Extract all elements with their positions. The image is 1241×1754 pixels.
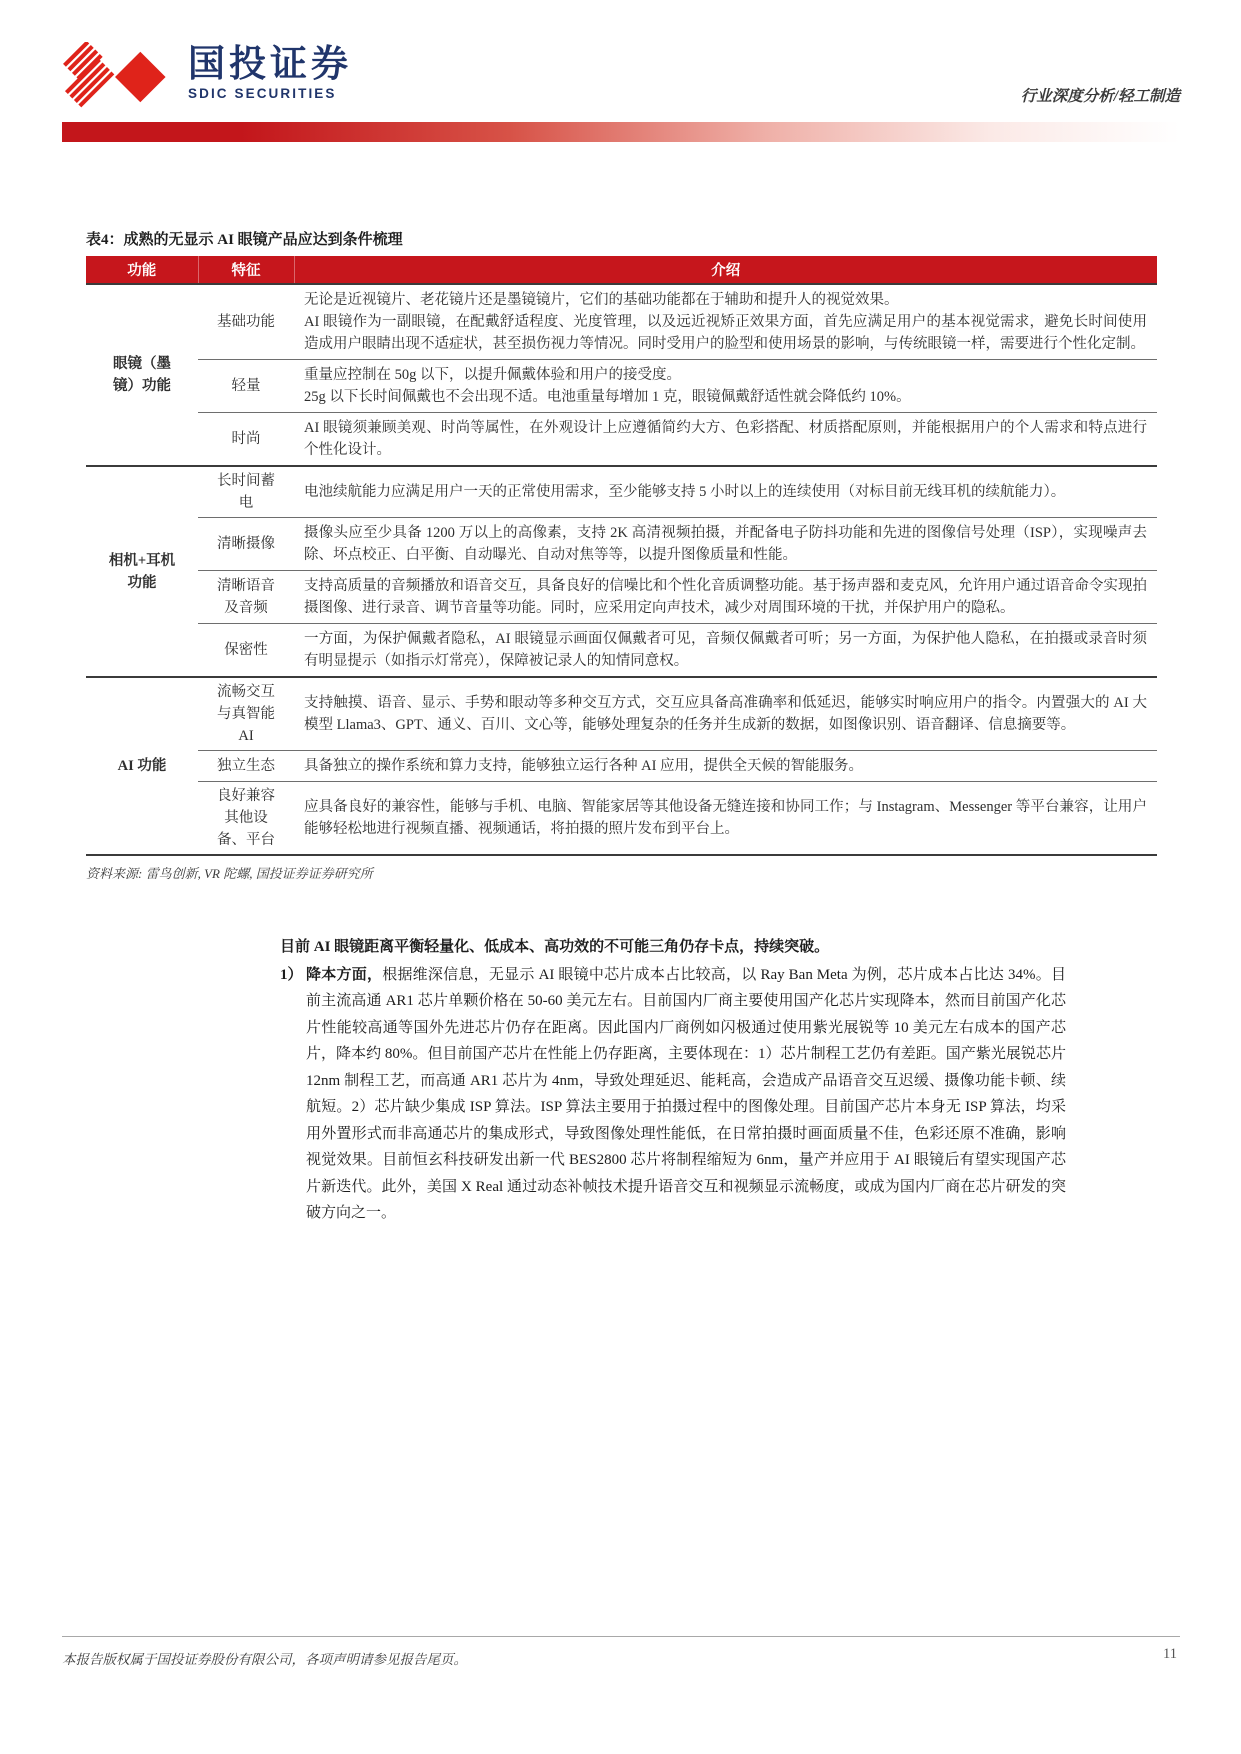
feature-cell: 长时间蓄电 (198, 466, 294, 518)
table4: 功能 特征 介绍 眼镜（墨镜）功能 基础功能 无论是近视镜片、老花镜片还是墨镜镜… (86, 256, 1157, 856)
table-row-clear-camera: 清晰摄像 摄像头应至少具备 1200 万以上的高像素，支持 2K 高清视频拍摄，… (86, 518, 1157, 571)
feature-cell: 保密性 (198, 624, 294, 678)
table-row-basic-function: 眼镜（墨镜）功能 基础功能 无论是近视镜片、老花镜片还是墨镜镜片，它们的基础功能… (86, 284, 1157, 360)
page-number: 11 (1163, 1646, 1177, 1663)
numbered-item-1: 1） 降本方面，根据维深信息，无显示 AI 眼镜中芯片成本占比较高，以 Ray … (280, 962, 1066, 1227)
item-body: 根据维深信息，无显示 AI 眼镜中芯片成本占比较高，以 Ray Ban Meta… (306, 967, 1066, 1222)
feature-cell: 清晰摄像 (198, 518, 294, 571)
intro-cell: 具备独立的操作系统和算力支持，能够独立运行各种 AI 应用，提供全天候的智能服务… (294, 751, 1157, 782)
col-header-intro: 介绍 (294, 256, 1157, 284)
table-source-note: 资料来源: 雷鸟创新, VR 陀螺, 国投证券证券研究所 (86, 863, 1157, 882)
brand-name-cn: 国投证券 (188, 44, 352, 84)
table-row-compatibility: 良好兼容其他设备、平台 应具备良好的兼容性，能够与手机、电脑、智能家居等其他设备… (86, 782, 1157, 856)
table-row-independent-ecosystem: 独立生态 具备独立的操作系统和算力支持，能够独立运行各种 AI 应用，提供全天候… (86, 751, 1157, 782)
intro-paragraph: AI 眼镜须兼顾美观、时尚等属性，在外观设计上应遵循简约大方、色彩搭配、材质搭配… (304, 417, 1147, 461)
feature-cell: 清晰语音及音频 (198, 571, 294, 624)
body-text-section: 目前 AI 眼镜距离平衡轻量化、低成本、高功效的不可能三角仍存卡点，持续突破。 … (280, 934, 1066, 1227)
intro-paragraph: 一方面，为保护佩戴者隐私，AI 眼镜显示画面仅佩戴者可见，音频仅佩戴者可听；另一… (304, 628, 1147, 672)
intro-cell: 一方面，为保护佩戴者隐私，AI 眼镜显示画面仅佩戴者可见，音频仅佩戴者可听；另一… (294, 624, 1157, 678)
feature-cell: 基础功能 (198, 284, 294, 360)
intro-paragraph: 应具备良好的兼容性，能够与手机、电脑、智能家居等其他设备无缝连接和协同工作；与 … (304, 796, 1147, 840)
feature-cell: 流畅交互与真智能AI (198, 677, 294, 751)
brand-text: 国投证券 SDIC SECURITIES (188, 44, 352, 101)
intro-paragraph: 重量应控制在 50g 以下，以提升佩戴体验和用户的接受度。 (304, 364, 1147, 386)
col-header-feature: 特征 (198, 256, 294, 284)
intro-cell: AI 眼镜须兼顾美观、时尚等属性，在外观设计上应遵循简约大方、色彩搭配、材质搭配… (294, 413, 1157, 467)
intro-cell: 应具备良好的兼容性，能够与手机、电脑、智能家居等其他设备无缝连接和协同工作；与 … (294, 782, 1157, 856)
table-row-lightweight: 轻量 重量应控制在 50g 以下，以提升佩戴体验和用户的接受度。 25g 以下长… (86, 360, 1157, 413)
report-page: 国投证券 SDIC SECURITIES 行业深度分析/轻工制造 表4：成熟的无… (0, 0, 1241, 1754)
table-row-long-battery: 相机+耳机功能 长时间蓄电 电池续航能力应满足用户一天的正常使用需求，至少能够支… (86, 466, 1157, 518)
intro-cell: 无论是近视镜片、老花镜片还是墨镜镜片，它们的基础功能都在于辅助和提升人的视觉效果… (294, 284, 1157, 360)
item-number: 1） (280, 962, 306, 1227)
report-category: 行业深度分析/轻工制造 (1021, 84, 1180, 106)
item-bold-lead: 降本方面， (306, 967, 382, 983)
table-row-fashion: 时尚 AI 眼镜须兼顾美观、时尚等属性，在外观设计上应遵循简约大方、色彩搭配、材… (86, 413, 1157, 467)
intro-cell: 摄像头应至少具备 1200 万以上的高像素，支持 2K 高清视频拍摄，并配备电子… (294, 518, 1157, 571)
feature-cell: 轻量 (198, 360, 294, 413)
group-cell-camera-headphone: 相机+耳机功能 (86, 466, 198, 677)
intro-paragraph: 无论是近视镜片、老花镜片还是墨镜镜片，它们的基础功能都在于辅助和提升人的视觉效果… (304, 289, 1147, 311)
group-cell-glasses: 眼镜（墨镜）功能 (86, 284, 198, 466)
table-row-privacy: 保密性 一方面，为保护佩戴者隐私，AI 眼镜显示画面仅佩戴者可见，音频仅佩戴者可… (86, 624, 1157, 678)
item-text: 降本方面，根据维深信息，无显示 AI 眼镜中芯片成本占比较高，以 Ray Ban… (306, 962, 1066, 1227)
intro-cell: 电池续航能力应满足用户一天的正常使用需求，至少能够支持 5 小时以上的连续使用（… (294, 466, 1157, 518)
feature-cell: 良好兼容其他设备、平台 (198, 782, 294, 856)
lead-sentence: 目前 AI 眼镜距离平衡轻量化、低成本、高功效的不可能三角仍存卡点，持续突破。 (280, 934, 1066, 961)
table-header-row: 功能 特征 介绍 (86, 256, 1157, 284)
group-cell-ai: AI 功能 (86, 677, 198, 855)
table4-section: 表4：成熟的无显示 AI 眼镜产品应达到条件梳理 功能 特征 介绍 眼镜（墨镜）… (86, 228, 1157, 882)
intro-paragraph: 电池续航能力应满足用户一天的正常使用需求，至少能够支持 5 小时以上的连续使用（… (304, 481, 1147, 503)
table-row-clear-audio: 清晰语音及音频 支持高质量的音频播放和语音交互，具备良好的信噪比和个性化音质调整… (86, 571, 1157, 624)
intro-cell: 支持触摸、语音、显示、手势和眼动等多种交互方式，交互应具备高准确率和低延迟，能够… (294, 677, 1157, 751)
footer-copyright: 本报告版权属于国投证券股份有限公司，各项声明请参见报告尾页。 (62, 1648, 467, 1668)
col-header-function: 功能 (86, 256, 198, 284)
sdic-logo-icon (62, 42, 170, 112)
intro-cell: 支持高质量的音频播放和语音交互，具备良好的信噪比和个性化音质调整功能。基于扬声器… (294, 571, 1157, 624)
intro-cell: 重量应控制在 50g 以下，以提升佩戴体验和用户的接受度。 25g 以下长时间佩… (294, 360, 1157, 413)
intro-paragraph: 支持触摸、语音、显示、手势和眼动等多种交互方式，交互应具备高准确率和低延迟，能够… (304, 692, 1147, 736)
header-accent-bar (62, 122, 1180, 142)
intro-paragraph: 支持高质量的音频播放和语音交互，具备良好的信噪比和个性化音质调整功能。基于扬声器… (304, 575, 1147, 619)
intro-paragraph: AI 眼镜作为一副眼镜，在配戴舒适程度、光度管理，以及远近视矫正效果方面，首先应… (304, 311, 1147, 355)
feature-cell: 时尚 (198, 413, 294, 467)
table-row-smooth-interaction: AI 功能 流畅交互与真智能AI 支持触摸、语音、显示、手势和眼动等多种交互方式… (86, 677, 1157, 751)
feature-cell: 独立生态 (198, 751, 294, 782)
intro-paragraph: 25g 以下长时间佩戴也不会出现不适。电池重量每增加 1 克，眼镜佩戴舒适性就会… (304, 386, 1147, 408)
footer-divider (62, 1636, 1180, 1637)
intro-paragraph: 具备独立的操作系统和算力支持，能够独立运行各种 AI 应用，提供全天候的智能服务… (304, 755, 1147, 777)
brand-name-en: SDIC SECURITIES (188, 86, 352, 101)
intro-paragraph: 摄像头应至少具备 1200 万以上的高像素，支持 2K 高清视频拍摄，并配备电子… (304, 522, 1147, 566)
table-title: 表4：成熟的无显示 AI 眼镜产品应达到条件梳理 (86, 228, 1157, 249)
